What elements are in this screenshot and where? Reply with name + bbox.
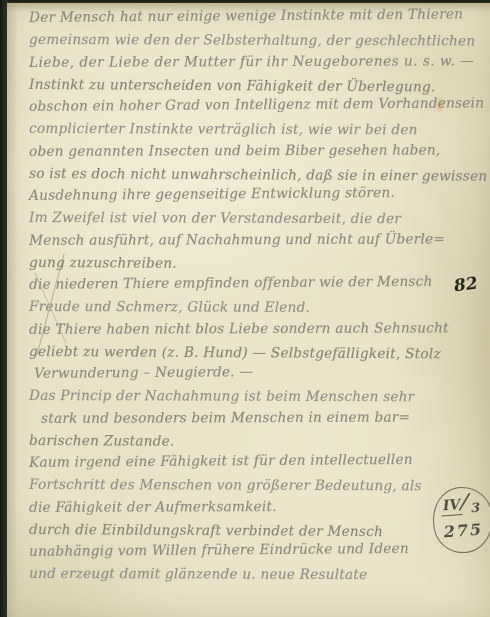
handwriting-block: Der Mensch hat nur einige wenige Instink… bbox=[29, 7, 486, 617]
handwritten-line: gemeinsam wie den der Selbsterhaltung, d… bbox=[29, 29, 486, 53]
handwritten-line: Freude und Schmerz, Glück und Elend. bbox=[29, 296, 486, 320]
handwritten-line: Der Mensch hat nur einige wenige Instink… bbox=[29, 3, 486, 29]
handwritten-line: Fortschritt des Menschen von größerer Be… bbox=[29, 474, 486, 498]
stamp-slash: / bbox=[460, 490, 469, 515]
photo-background: Der Mensch hat nur einige wenige Instink… bbox=[0, 0, 490, 617]
handwritten-line: obschon ein hoher Grad von Intelligenz m… bbox=[29, 92, 486, 118]
stamp-denominator: 3 bbox=[471, 501, 481, 517]
handwritten-line: die Thiere haben nicht blos Liebe sonder… bbox=[29, 317, 486, 341]
handwritten-line: oben genannten Insecten und beim Biber g… bbox=[29, 139, 486, 163]
handwritten-line: Kaum irgend eine Fähigkeit ist für den i… bbox=[29, 448, 486, 474]
handwritten-line: Das Princip der Nachahmung ist beim Mens… bbox=[29, 385, 486, 409]
handwritten-line: unabhängig vom Willen frühere Eindrücke … bbox=[29, 537, 486, 563]
manuscript-paper: Der Mensch hat nur einige wenige Instink… bbox=[7, 3, 490, 617]
handwritten-line: Im Zweifel ist viel von der Verstandesar… bbox=[29, 207, 486, 231]
handwritten-line: die niederen Thiere empfinden offenbar w… bbox=[29, 270, 486, 296]
handwritten-line: Liebe, der Liebe der Mutter für ihr Neug… bbox=[29, 50, 486, 74]
page-number-ink-mark: 82 bbox=[453, 273, 479, 296]
handwritten-line: Mensch ausführt, auf Nachahmung und nich… bbox=[29, 228, 486, 252]
handwritten-line: die Fähigkeit der Aufmerksamkeit. bbox=[29, 495, 486, 519]
handwritten-line: Verwunderung – Neugierde. — bbox=[34, 359, 486, 385]
margin-cross-mark bbox=[27, 249, 71, 361]
stamp-number: 275 bbox=[443, 520, 484, 542]
handwritten-line: stark und besonders beim Menschen in ein… bbox=[41, 406, 486, 430]
handwritten-line: complicierter Instinkte verträglich ist,… bbox=[29, 118, 486, 142]
handwritten-line: und erzeugt damit glänzende u. neue Resu… bbox=[29, 563, 486, 587]
handwritten-line: Ausdehnung ihre gegenseitige Entwicklung… bbox=[29, 181, 486, 207]
